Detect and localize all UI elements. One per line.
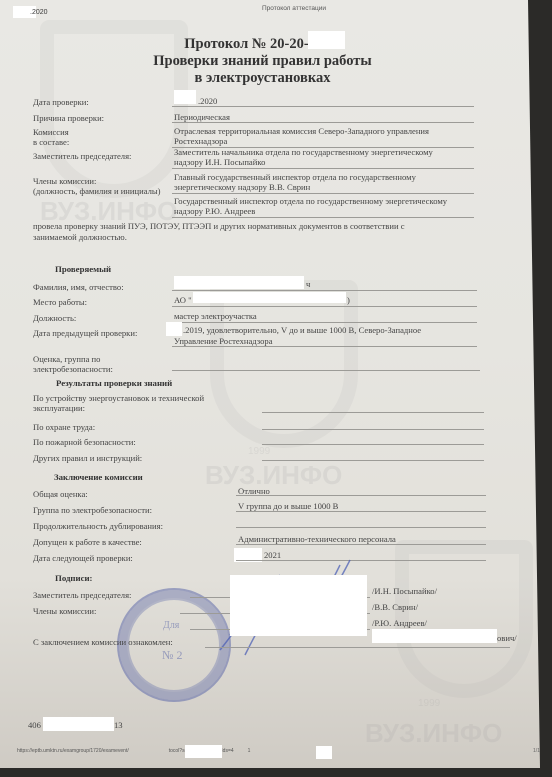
admitted-as-value: Административно-технического персонала	[238, 534, 396, 544]
underline	[172, 306, 477, 307]
previous-check-value-2: Управление Ростехнадзора	[174, 336, 273, 346]
redacted-signatures	[230, 575, 367, 636]
check-date-value: .2020	[198, 96, 217, 106]
result-device-field	[262, 412, 484, 413]
stamp-number: № 2	[162, 648, 182, 663]
grade-group-field	[172, 370, 480, 371]
acknowledged-label: С заключением комиссии ознакомлен:	[33, 637, 173, 647]
result-other-label: Других правил и инструкций:	[33, 453, 142, 463]
result-fire-label: По пожарной безопасности:	[33, 437, 136, 447]
underline	[172, 106, 474, 107]
watermark-year: 1999	[418, 698, 440, 709]
doc-number-suffix: 13	[114, 720, 123, 730]
sig-member1-name: /В.В. Сврин/	[372, 602, 418, 612]
sig-deputy-name: /И.Н. Посыпайко/	[372, 586, 437, 596]
examinee-section-title: Проверяемый	[55, 264, 111, 274]
workplace-label: Место работы:	[33, 297, 87, 307]
document-title: Проверки знаний правил работы	[0, 53, 525, 70]
redacted-url-id	[316, 746, 332, 759]
redacted-previous-date	[166, 322, 182, 336]
header-date: .2020	[30, 9, 48, 16]
document-subtitle: в электроустановках	[0, 70, 525, 87]
result-device-label: По устройству энергоустановок и техничес…	[33, 393, 204, 413]
result-labor-label: По охране труда:	[33, 422, 95, 432]
protocol-number-title: Протокол № 20-20-	[0, 36, 525, 53]
statement-text: провела проверку знаний ПУЭ, ПОТЭУ, ПТЭЭ…	[33, 221, 473, 243]
sig-member2-name: /Р.Ю. Андреев/	[372, 618, 427, 628]
underline	[172, 217, 474, 218]
safety-group-label: Группа по электробезопасности:	[33, 505, 152, 515]
sig-members-label: Члены комиссии:	[33, 606, 96, 616]
document-page: ВУЗ.ИНФО 1999 ВУЗ.ИНФО 1999 ВУЗ.ИНФО .20…	[0, 0, 540, 768]
members-label: Члены комиссии:(должность, фамилия и ини…	[33, 176, 161, 196]
redacted-url-part	[185, 745, 222, 758]
watermark-brand: ВУЗ.ИНФО	[365, 718, 502, 749]
doc-number-prefix: 406	[28, 720, 41, 730]
watermark-year: 1999	[248, 446, 270, 457]
stamp-text: Для	[163, 620, 179, 631]
page-number: 1/1	[533, 748, 540, 754]
underline	[236, 495, 486, 496]
result-fire-field	[262, 444, 484, 445]
redacted-acknowledged-name	[372, 629, 497, 643]
previous-check-value: .2019, удовлетворительно, V до и выше 10…	[183, 325, 421, 335]
check-date-label: Дата проверки:	[33, 97, 89, 107]
full-name-label: Фамилия, имя, отчество:	[33, 282, 124, 292]
duplication-label: Продолжительность дублирования:	[33, 521, 163, 531]
sig-deputy-label: Заместитель председателя:	[33, 590, 131, 600]
redacted-full-name	[174, 276, 304, 289]
overall-grade-label: Общая оценка:	[33, 489, 88, 499]
member1-value: Главный государственный инспектор отдела…	[174, 172, 416, 192]
underline	[172, 168, 474, 169]
position-label: Должность:	[33, 313, 76, 323]
underline	[236, 511, 486, 512]
commission-value: Отраслевая территориальная комиссия Севе…	[174, 126, 429, 146]
underline	[172, 346, 477, 347]
underline	[172, 322, 477, 323]
redacted-protocol-number	[308, 31, 345, 49]
check-reason-value: Периодическая	[174, 112, 230, 122]
grade-group-label: Оценка, группа поэлектробезопасности:	[33, 354, 113, 374]
acknowledged-name: ович/	[497, 633, 517, 643]
deputy-chair-value: Заместитель начальника отдела по государ…	[174, 147, 433, 167]
previous-check-label: Дата предыдущей проверки:	[33, 328, 137, 338]
underline	[172, 290, 477, 291]
duplication-field	[236, 527, 486, 528]
workplace-value-prefix: АО "	[174, 295, 192, 305]
deputy-chair-label: Заместитель председателя:	[33, 151, 131, 161]
full-name-value: ч	[306, 279, 310, 289]
header-caption: Протокол аттестации	[262, 5, 326, 12]
result-other-field	[262, 460, 484, 461]
underline	[172, 193, 474, 194]
redacted-check-date	[174, 90, 196, 104]
position-value: мастер электроучастка	[174, 311, 257, 321]
underline	[236, 544, 486, 545]
safety-group-value: V группа до и выше 1000 В	[238, 501, 338, 511]
check-reason-label: Причина проверки:	[33, 113, 104, 123]
admitted-as-label: Допущен к работе в качестве:	[33, 537, 142, 547]
result-labor-field	[262, 429, 484, 430]
next-check-label: Дата следующей проверки:	[33, 553, 133, 563]
acknowledged-line	[205, 647, 510, 648]
results-section-title: Результаты проверки знаний	[56, 378, 172, 388]
watermark-brand: ВУЗ.ИНФО	[205, 460, 342, 491]
underline	[172, 122, 474, 123]
signatures-section-title: Подписи:	[55, 573, 92, 583]
workplace-value-suffix: )	[347, 295, 350, 305]
member2-value: Государственный инспектор отдела по госу…	[174, 196, 447, 216]
redacted-doc-number	[43, 717, 114, 731]
commission-label: Комиссияв составе:	[33, 127, 69, 147]
conclusion-section-title: Заключение комиссии	[54, 472, 143, 482]
redacted-workplace	[193, 292, 346, 303]
